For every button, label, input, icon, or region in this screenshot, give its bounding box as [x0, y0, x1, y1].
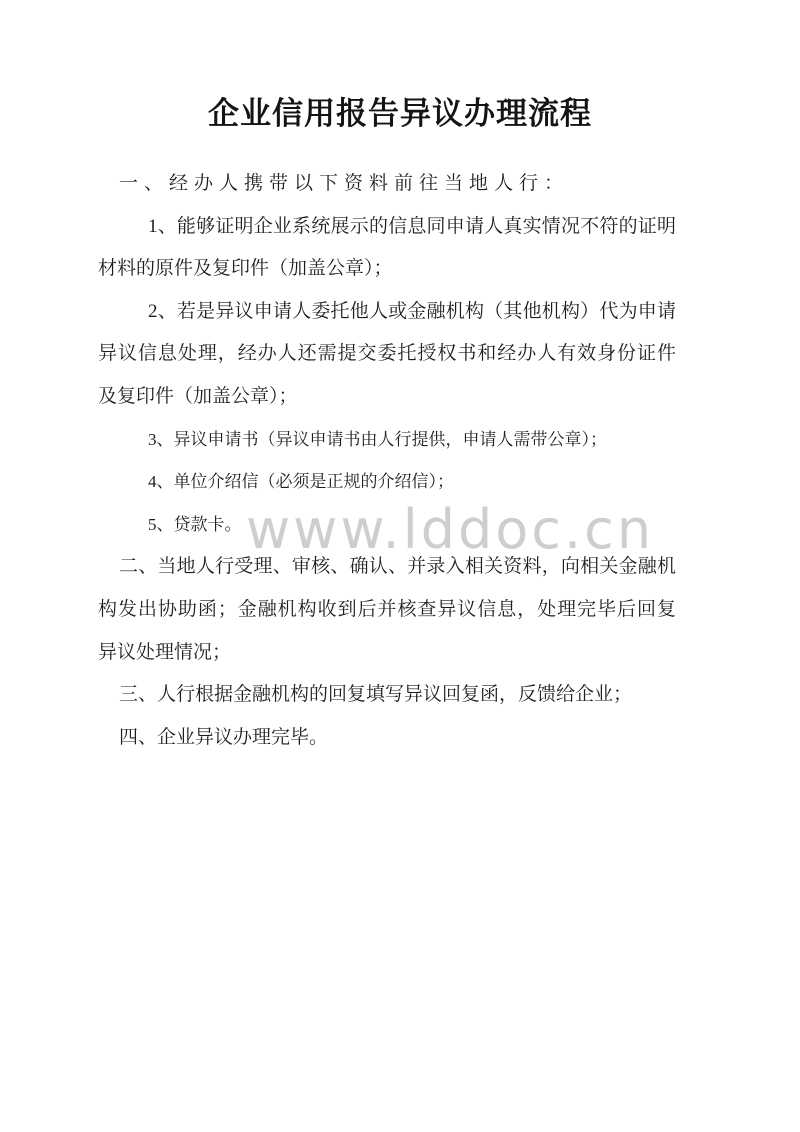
- document-line: 材料的原件及复印件（加盖公章）；: [98, 248, 676, 291]
- document-line: 构发出协助函；金融机构收到后并核查异议信息，处理完毕后回复: [98, 589, 676, 632]
- document-line: 2、若是异议申请人委托他人或金融机构（其他机构）代为申请: [98, 291, 676, 334]
- document-line: 异议处理情况；: [98, 632, 676, 675]
- document-line: 3、异议申请书（异议申请书由人行提供，申请人需带公章）；: [98, 419, 676, 462]
- document-line: 及复印件（加盖公章）；: [98, 376, 676, 419]
- document-body: 一、经办人携带以下资料前往当地人行：1、能够证明企业系统展示的信息同申请人真实情…: [98, 163, 676, 759]
- title-container: 企业信用报告异议办理流程: [0, 91, 800, 137]
- document-line: 一、经办人携带以下资料前往当地人行：: [98, 163, 676, 206]
- document-line: 5、贷款卡。: [98, 504, 676, 547]
- document-line: 1、能够证明企业系统展示的信息同申请人真实情况不符的证明: [98, 206, 676, 249]
- document-line: 二、当地人行受理、审核、确认、并录入相关资料，向相关金融机: [98, 546, 676, 589]
- document-line: 4、单位介绍信（必须是正规的介绍信）；: [98, 461, 676, 504]
- page-title: 企业信用报告异议办理流程: [208, 91, 592, 137]
- document-line: 四、企业异议办理完毕。: [98, 717, 676, 760]
- document-page: www.lddoc.cn 企业信用报告异议办理流程 一、经办人携带以下资料前往当…: [0, 0, 800, 1132]
- document-line: 三、人行根据金融机构的回复填写异议回复函，反馈给企业；: [98, 674, 676, 717]
- document-line: 异议信息处理，经办人还需提交委托授权书和经办人有效身份证件: [98, 333, 676, 376]
